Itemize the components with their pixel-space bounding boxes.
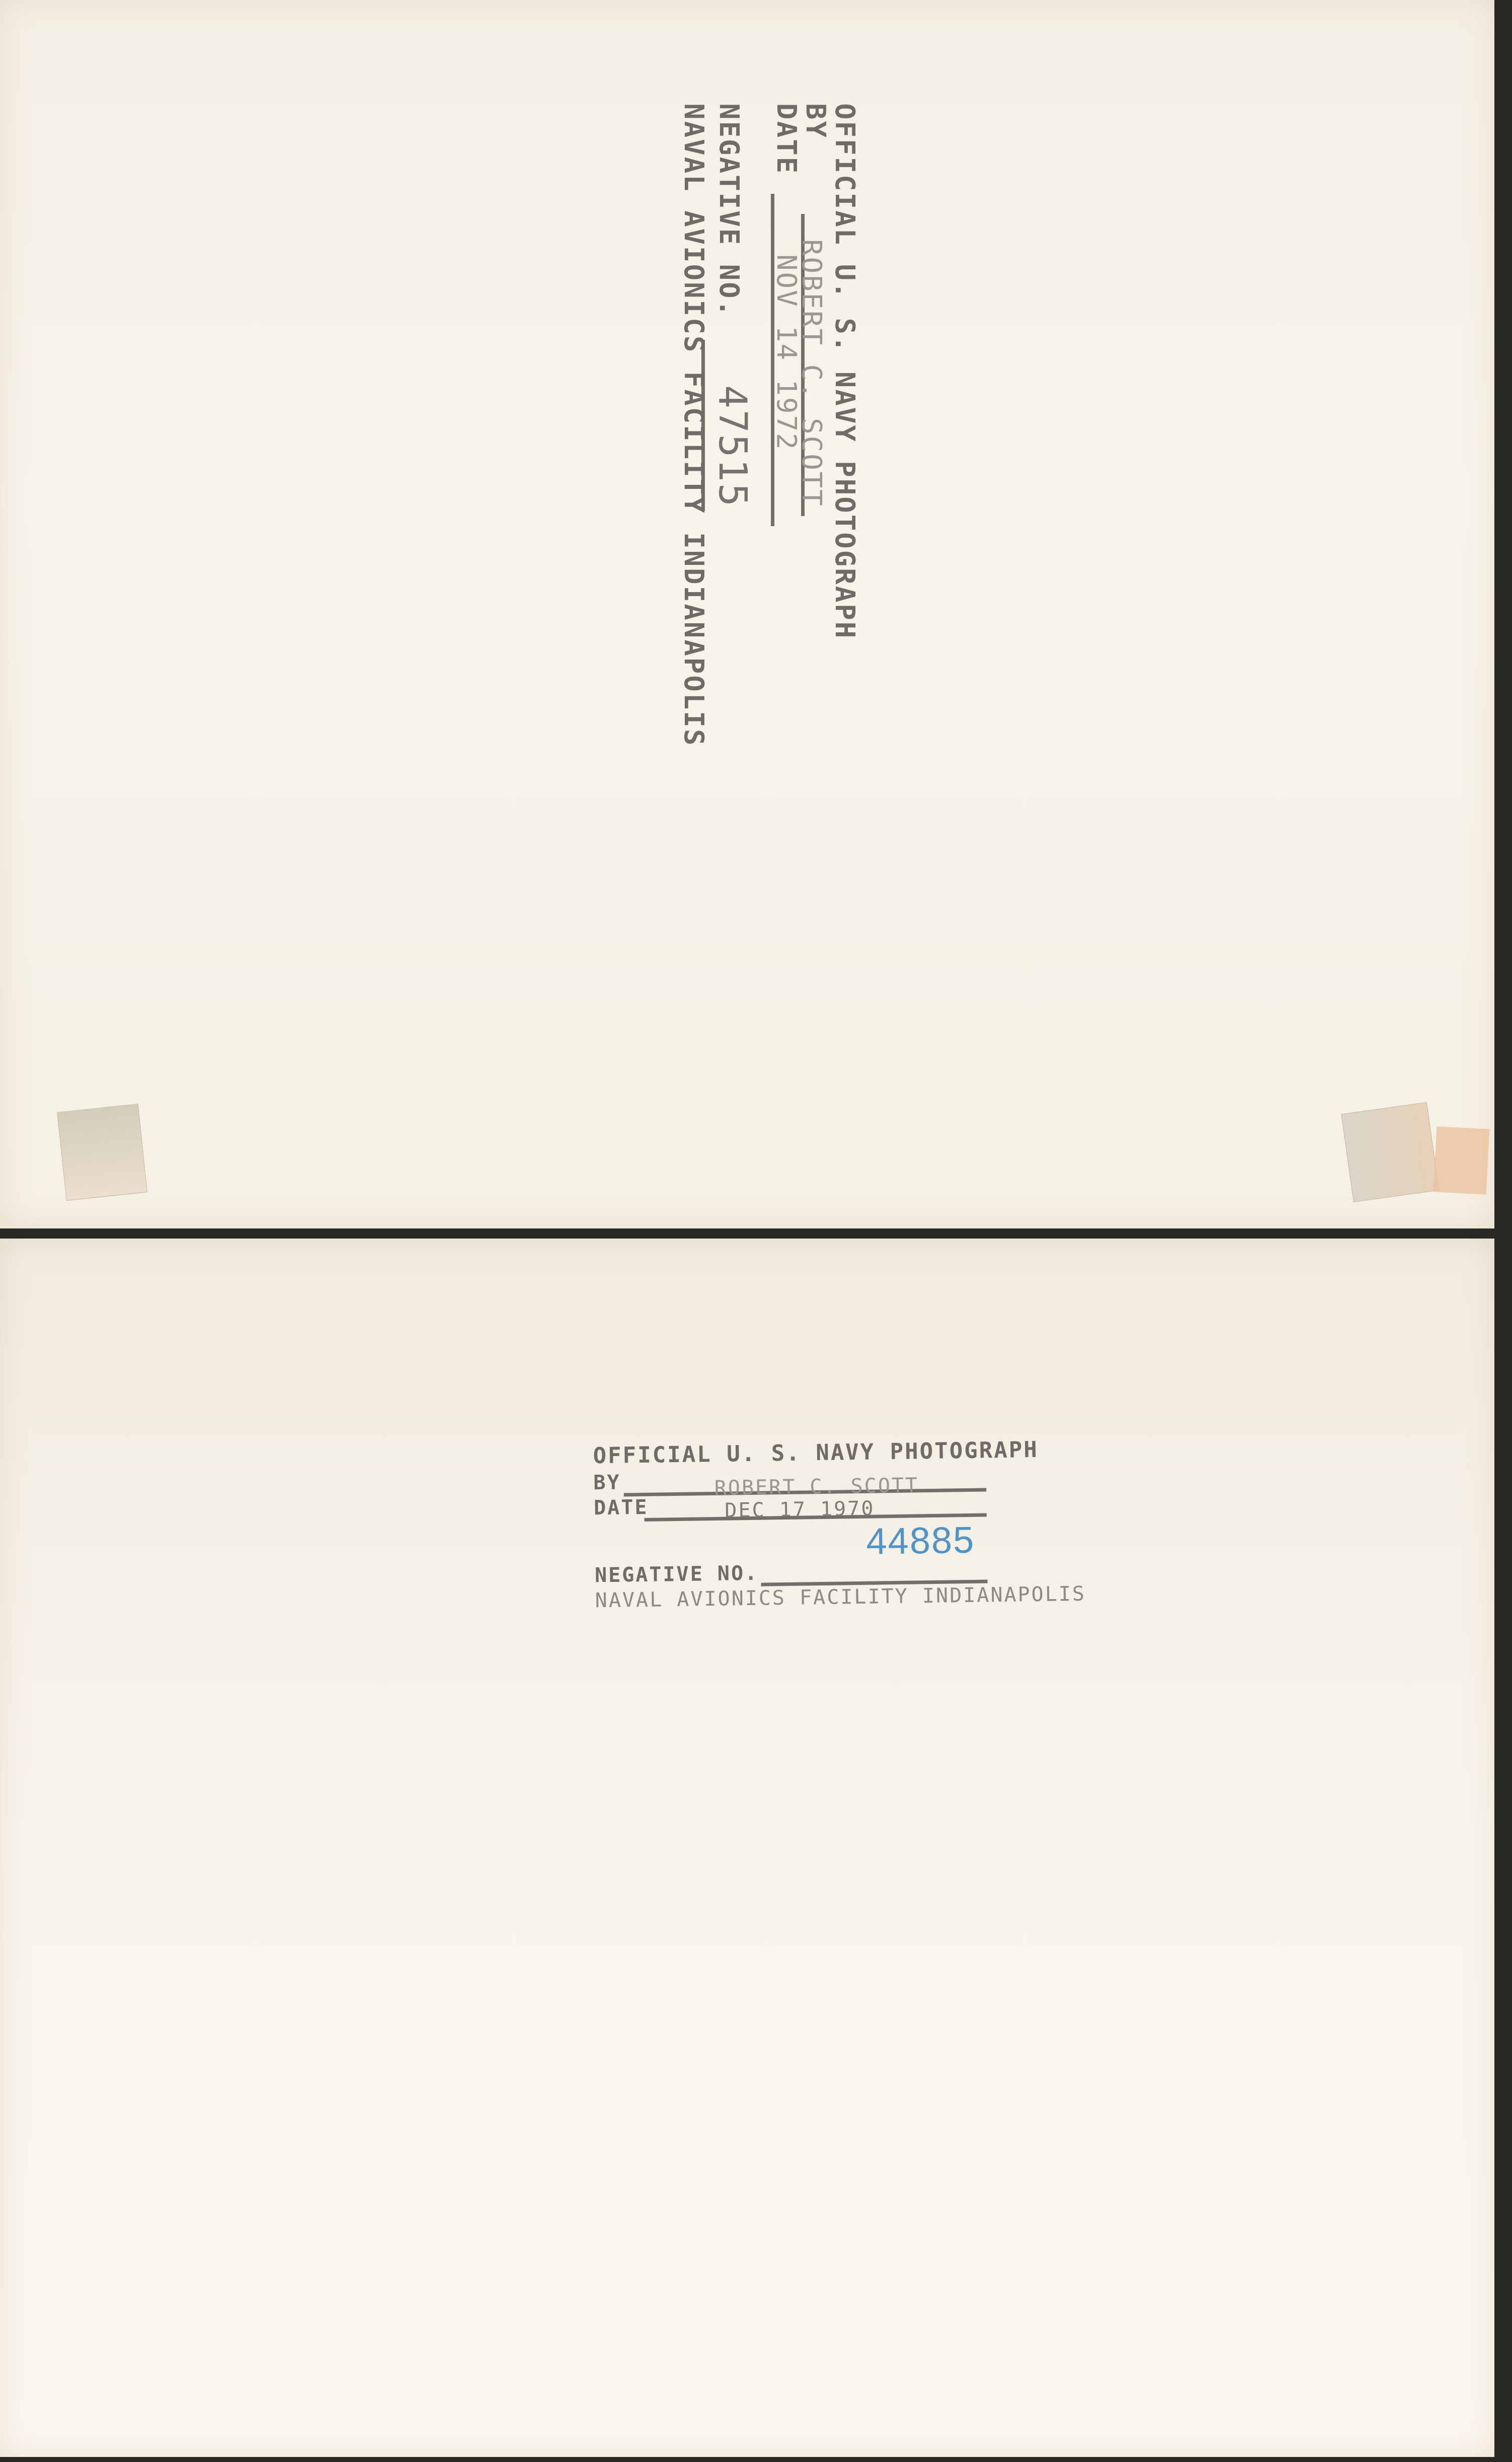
stamp-facility: NAVAL AVIONICS FACILITY INDIANAPOLIS — [678, 103, 710, 747]
navy-photo-stamp-bottom: OFFICIAL U. S. NAVY PHOTOGRAPH BY ROBERT… — [593, 1437, 1049, 1625]
tape-mark-right — [1341, 1102, 1439, 1202]
stamp-negative-value: 47515 — [710, 385, 755, 508]
stamp-facility: NAVAL AVIONICS FACILITY INDIANAPOLIS — [595, 1582, 1087, 1613]
tape-mark-left — [57, 1104, 148, 1201]
stamp-negative-label: NEGATIVE NO. — [595, 1562, 759, 1587]
navy-photo-stamp-top: OFFICIAL U. S. NAVY PHOTOGRAPH BY ROBERT… — [655, 103, 861, 546]
stamp-negative-label: NEGATIVE NO. — [713, 103, 745, 318]
stamp-negative-value: 44885 — [866, 1518, 975, 1563]
stamp-by-label: BY — [593, 1471, 621, 1495]
stamp-header: OFFICIAL U. S. NAVY PHOTOGRAPH — [829, 103, 861, 639]
stamp-by-value: ROBERT C. SCOTT — [714, 1474, 919, 1500]
stamp-date-value: DEC 17 1970 — [725, 1497, 875, 1522]
stamp-header: OFFICIAL U. S. NAVY PHOTOGRAPH — [593, 1437, 1039, 1469]
photo-back-bottom — [0, 1239, 1494, 2457]
stamp-date-label: DATE — [594, 1496, 649, 1520]
stamp-date-label: DATE — [771, 103, 803, 175]
stamp-date-value: NOV 14 1972 — [771, 254, 803, 451]
stamp-by-label: BY — [800, 103, 832, 139]
tape-residue-right — [1433, 1126, 1490, 1194]
